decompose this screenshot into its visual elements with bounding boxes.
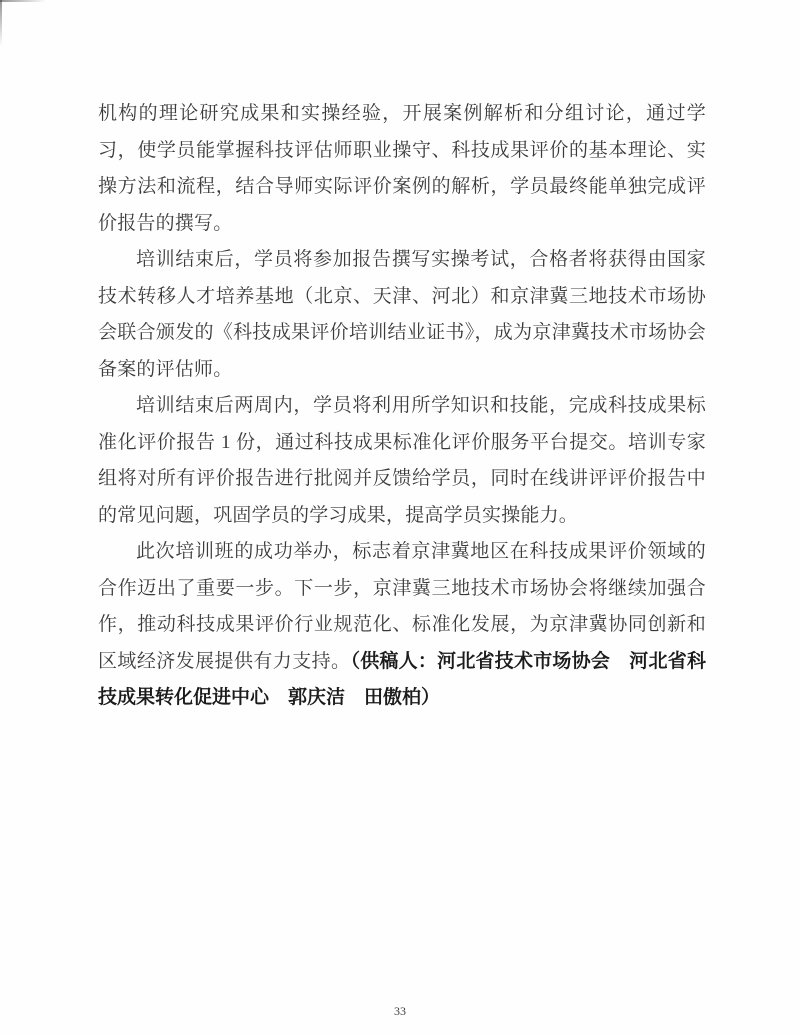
paragraph: 培训结束后两周内，学员将利用所学知识和技能，完成科技成果标准化评价报告 1 份，… <box>98 388 706 534</box>
scan-artifact-left-edge <box>0 0 2 46</box>
scan-artifact-top-edge <box>0 0 46 2</box>
paragraph: 机构的理论研究成果和实操经验，开展案例解析和分组讨论，通过学习，使学员能掌握科技… <box>98 96 706 242</box>
document-body: 机构的理论研究成果和实操经验，开展案例解析和分组讨论，通过学习，使学员能掌握科技… <box>98 96 706 717</box>
paragraph: 此次培训班的成功举办，标志着京津冀地区在科技成果评价领域的合作迈出了重要一步。下… <box>98 534 706 717</box>
paragraph-text: 培训结束后两周内，学员将利用所学知识和技能，完成科技成果标准化评价报告 1 份，… <box>98 395 706 526</box>
paragraph: 培训结束后，学员将参加报告撰写实操考试，合格者将获得由国家技术转移人才培养基地（… <box>98 242 706 388</box>
paragraph-text: 培训结束后，学员将参加报告撰写实操考试，合格者将获得由国家技术转移人才培养基地（… <box>98 249 706 380</box>
page-number: 33 <box>0 1004 800 1019</box>
paragraph-text: 机构的理论研究成果和实操经验，开展案例解析和分组讨论，通过学习，使学员能掌握科技… <box>98 103 706 234</box>
document-page: 机构的理论研究成果和实操经验，开展案例解析和分组讨论，通过学习，使学员能掌握科技… <box>0 0 800 1035</box>
